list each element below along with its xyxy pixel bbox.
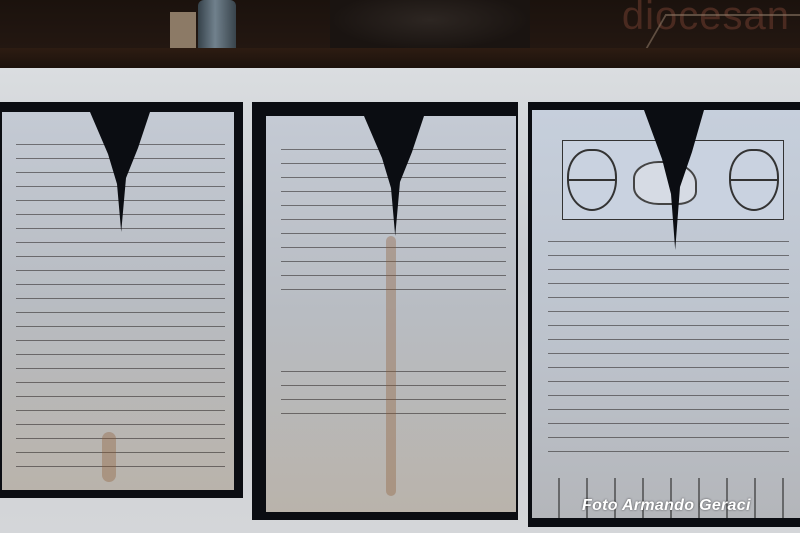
manuscript-panel-right — [528, 102, 800, 527]
projection-screen — [0, 68, 800, 533]
manuscript-panel-middle — [252, 102, 518, 520]
shield-left — [567, 149, 617, 211]
manuscript-page-left — [2, 112, 234, 490]
background-stage: diocesan — [0, 0, 800, 68]
table-card — [170, 12, 196, 52]
desk-edge — [0, 48, 800, 68]
manuscript-page-middle — [266, 116, 516, 512]
stain — [102, 432, 116, 482]
photo-credit-watermark: Foto Armando Geraci — [582, 497, 751, 515]
manuscript-page-right — [532, 110, 800, 518]
stain — [386, 236, 396, 496]
handwritten-text — [548, 232, 789, 461]
manuscript-panel-left — [0, 102, 243, 498]
shield-right — [729, 149, 779, 211]
speaker-figure — [330, 0, 530, 50]
microphone-stand — [645, 14, 800, 50]
water-bottle — [198, 0, 236, 52]
